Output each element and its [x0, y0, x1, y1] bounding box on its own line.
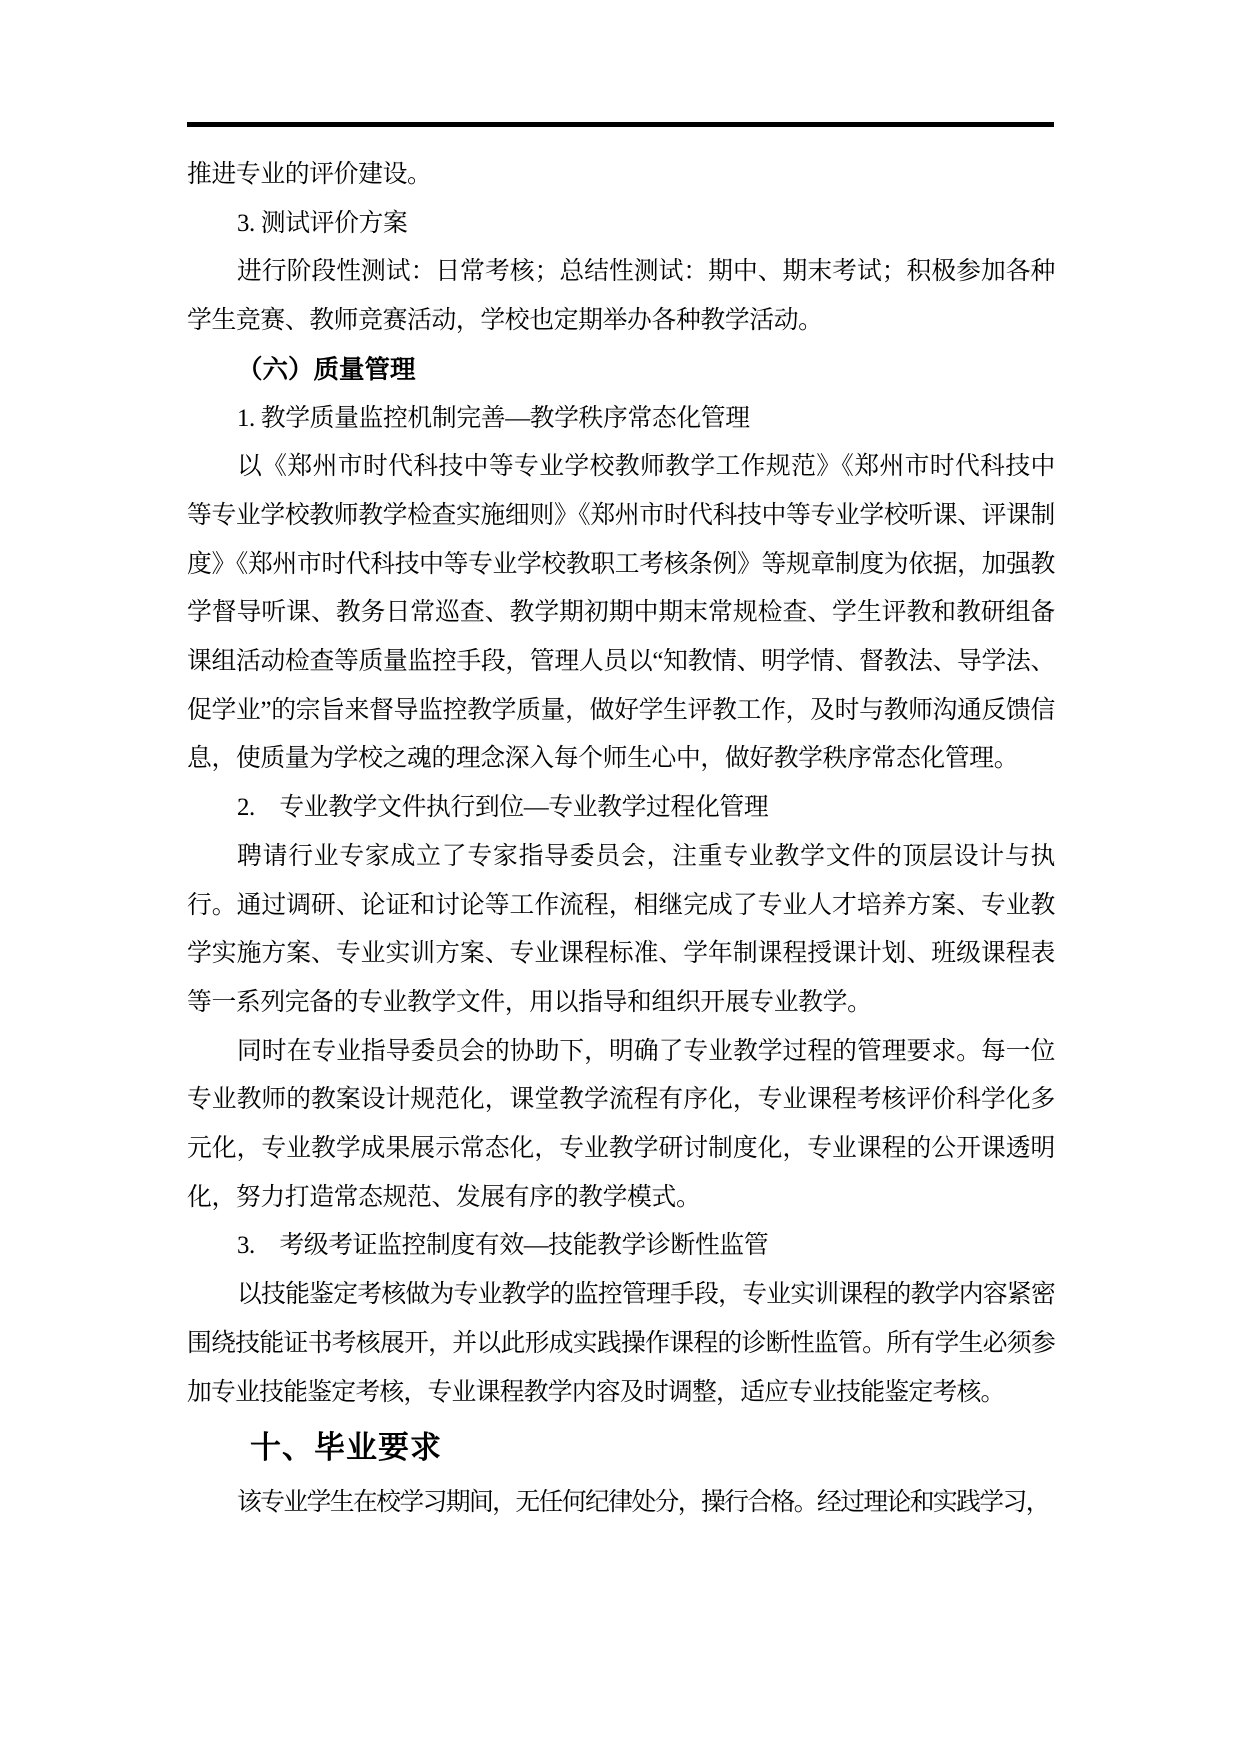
section-heading-quality-management: （六）质量管理: [187, 346, 1055, 395]
paragraph-expert-committee: 聘请行业专家成立了专家指导委员会，注重专业教学文件的顶层设计与执行。通过调研、论…: [187, 833, 1055, 1028]
paragraph-staged-testing: 进行阶段性测试：日常考核；总结性测试：期中、期末考试；积极参加各种学生竞赛、教师…: [187, 248, 1055, 345]
document-body: 推进专业的评价建设。 3. 测试评价方案 进行阶段性测试：日常考核；总结性测试：…: [187, 151, 1055, 1528]
header-rule: [187, 122, 1054, 127]
subheading-quality-monitoring-mechanism: 1. 教学质量监控机制完善—教学秩序常态化管理: [187, 395, 1055, 444]
paragraph-skill-assessment: 以技能鉴定考核做为专业教学的监控管理手段，专业实训课程的教学内容紧密围绕技能证书…: [187, 1271, 1055, 1417]
document-page: 推进专业的评价建设。 3. 测试评价方案 进行阶段性测试：日常考核；总结性测试：…: [0, 0, 1241, 1754]
paragraph-continuation: 推进专业的评价建设。: [187, 151, 1055, 200]
subheading-certification-monitoring: 3. 考级考证监控制度有效—技能教学诊断性监管: [187, 1222, 1055, 1271]
paragraph-graduation-conditions: 该专业学生在校学习期间，无任何纪律处分，操行合格。经过理论和实践学习，: [187, 1479, 1055, 1528]
subheading-test-evaluation-plan: 3. 测试评价方案: [187, 200, 1055, 249]
chapter-heading-graduation-requirements: 十、毕业要求: [187, 1417, 1055, 1479]
paragraph-teaching-process-management: 同时在专业指导委员会的协助下，明确了专业教学过程的管理要求。每一位专业教师的教案…: [187, 1028, 1055, 1223]
paragraph-regulations-basis: 以《郑州市时代科技中等专业学校教师教学工作规范》《郑州市时代科技中等专业学校教师…: [187, 443, 1055, 784]
subheading-teaching-document-execution: 2. 专业教学文件执行到位—专业教学过程化管理: [187, 784, 1055, 833]
